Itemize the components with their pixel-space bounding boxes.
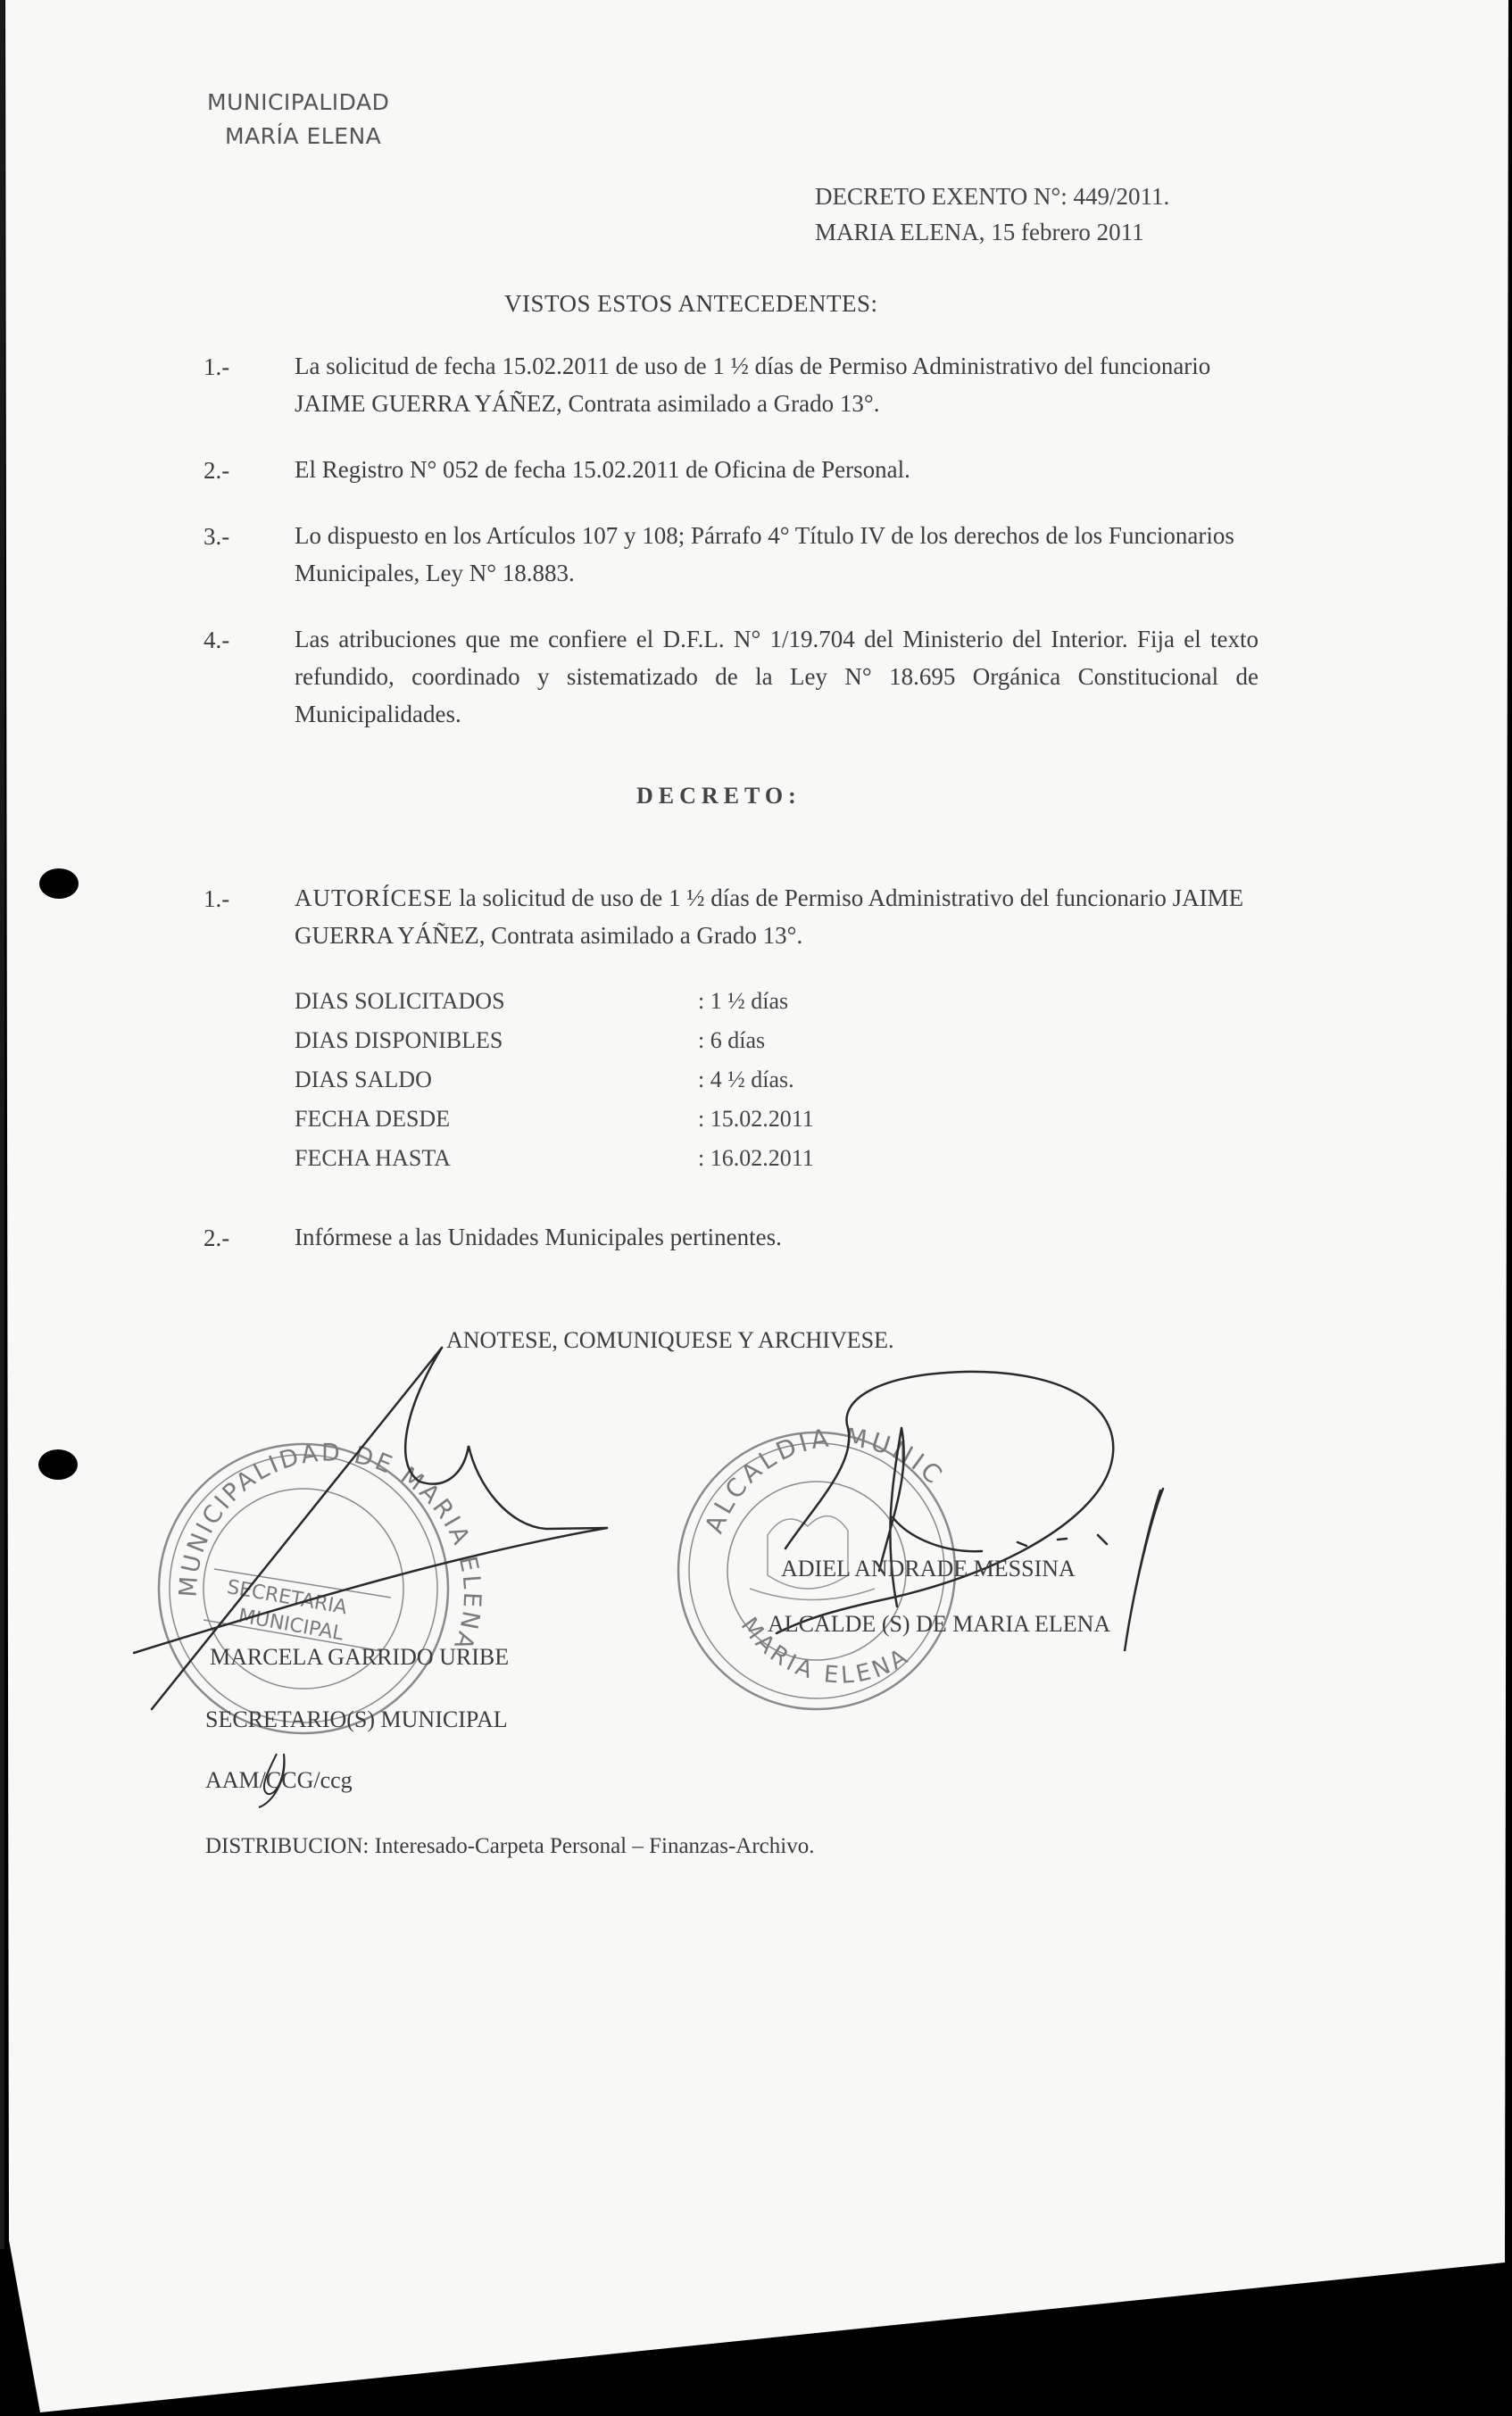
alcalde-signature [777,1372,1163,1651]
alcalde-role: ALCALDE (S) DE MARIA ELENA [768,1611,1110,1638]
initials: AAM/CCG/ccg [205,1767,353,1794]
alcalde-name: ADIEL ANDRADE MESSINA [781,1556,1076,1582]
distribution-list: DISTRIBUCION: Interesado-Carpeta Persona… [205,1834,814,1859]
svg-text:ALCALDIA MUNICIPAL: ALCALDIA MUNICIPAL [0,0,950,1537]
secretario-role: SECRETARIO(S) MUNICIPAL [205,1706,508,1733]
alcaldia-stamp: ALCALDIA MUNICIPAL MARIA ELENA [0,0,955,1709]
stamps-and-signatures: MUNICIPALIDAD DE MARIA ELENA SECRETARIA … [0,0,1512,2416]
secretario-name: MARCELA GARRIDO URIBE [210,1644,509,1671]
